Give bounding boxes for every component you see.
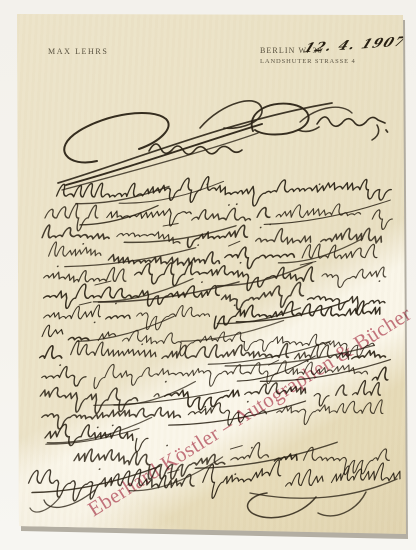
photo-stage: MAX LEHRS BERLIN W. 30 LANDSHUTER STRASS… (0, 0, 416, 550)
letter-paper: MAX LEHRS BERLIN W. 30 LANDSHUTER STRASS… (0, 0, 416, 550)
handwritten-date: 12. 4. 1907 (302, 36, 408, 56)
letterhead-sender-name: MAX LEHRS (48, 48, 108, 56)
letterhead-street-line: LANDSHUTER STRASSE 4 (260, 59, 356, 66)
